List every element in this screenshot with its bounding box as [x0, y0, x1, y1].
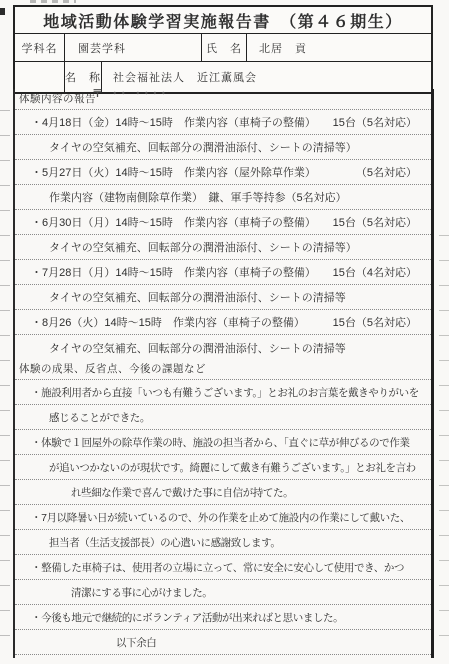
report-line: ・施設利用者から直接「いつも有難うございます。」とお礼のお言葉を戴きやりがいを: [15, 380, 431, 405]
header-row-organization: 名 称 社会福祉法人 近江薫風会: [15, 61, 431, 92]
report-line: 清潔にする事に心がけました。: [15, 580, 431, 605]
header-row-name: 学科名 園芸学科 氏 名 北居 貢: [15, 34, 431, 61]
report-line-text: ・今後も地元で継続的にボランティア活動が出来ればと思いました。: [31, 610, 343, 625]
report-line-count: 15台（5名対応）: [333, 214, 431, 230]
report-line: ・6月30日（月）14時～15時 作業内容（車椅子の整備）15台（5名対応）: [15, 210, 431, 235]
report-line-text: ・整備した車椅子は、使用者の立場に立って、常に安全に安心して使用でき、かつ: [31, 560, 404, 575]
report-line-count: 15台（4名対応）: [333, 264, 431, 280]
report-line-text: ・体験で１回屋外の除草作業の時、施設の担当者から、「直ぐに草が伸びるので作業: [31, 435, 410, 450]
report-header-table: 地域活動体験学習実施報告書 （第４６期生） 学科名 園芸学科 氏 名 北居 貢 …: [13, 5, 433, 94]
report-line-count: 15台（5名対応）: [333, 314, 431, 330]
report-line-text: ・8月26（火）14時～15時 作業内容（車椅子の整備）: [31, 314, 305, 330]
report-line-text: タイヤの空気補充、回転部分の潤滑油添付、シートの清掃等）: [49, 239, 357, 255]
report-line: タイヤの空気補充、回転部分の潤滑油添付、シートの清掃等: [15, 285, 431, 310]
report-line-text: タイヤの空気補充、回転部分の潤滑油添付、シートの清掃等）: [49, 139, 357, 155]
scanned-report-page: 地域活動体験学習実施報告書 （第４６期生） 学科名 園芸学科 氏 名 北居 貢 …: [0, 0, 449, 664]
report-line-text: 清潔にする事に心がけました。: [71, 585, 212, 600]
report-line: ・4月18日（金）14時～15時 作業内容（車椅子の整備）15台（5名対応）: [15, 110, 431, 135]
report-line: 担当者（生活支援部長）の心遣いに感謝致します。: [15, 530, 431, 555]
report-body: 体験内容の報告 ・4月18日（金）14時～15時 作業内容（車椅子の整備）15台…: [13, 89, 434, 658]
scan-artifact-dotted-margin: [439, 235, 449, 656]
report-line: ・整備した車椅子は、使用者の立場に立って、常に安全に安心して使用でき、かつ: [15, 555, 431, 580]
section1-heading: 体験内容の報告: [15, 89, 431, 110]
dept-label: 学科名: [15, 34, 65, 61]
empty-cell: [15, 62, 65, 92]
report-line-text: タイヤの空気補充、回転部分の潤滑油添付、シートの清掃等: [49, 340, 346, 356]
report-line-text: ・7月28日（月）14時～15時 作業内容（車椅子の整備）: [31, 264, 316, 280]
report-line-count: 15台（5名対応）: [333, 114, 431, 130]
report-line: タイヤの空気補充、回転部分の潤滑油添付、シートの清掃等）: [15, 235, 431, 260]
dept-value: 園芸学科: [65, 34, 202, 61]
report-line-text: ・7月以降暑い日が続いているので、外の作業を止めて施設内の作業にして戴いた、: [31, 510, 410, 525]
name-value: 北居 貢: [247, 34, 431, 61]
section2-heading: 体験の成果、反省点、今後の課題など: [15, 360, 431, 380]
report-line-count: （5名対応）: [356, 164, 431, 180]
report-line-text: ・施設利用者から直接「いつも有難うございます。」とお礼のお言葉を戴きやりがいを: [31, 385, 419, 400]
report-line-text: れ些細な作業で喜んで戴けた事に自信が持てた。: [71, 485, 293, 500]
report-line-text: ・6月30日（月）14時～15時 作業内容（車椅子の整備）: [31, 214, 316, 230]
report-line: れ些細な作業で喜んで戴けた事に自信が持てた。: [15, 480, 431, 505]
report-line: ・体験で１回屋外の除草作業の時、施設の担当者から、「直ぐに草が伸びるので作業: [15, 430, 431, 455]
report-line: ・7月以降暑い日が続いているので、外の作業を止めて施設内の作業にして戴いた、: [15, 505, 431, 530]
report-line: が追いつかないのが現状です。綺麗にして戴き有難うございます。」とお礼を言わ: [15, 455, 431, 480]
report-line: ・7月28日（月）14時～15時 作業内容（車椅子の整備）15台（4名対応）: [15, 260, 431, 285]
section1-rows: ・4月18日（金）14時～15時 作業内容（車椅子の整備）15台（5名対応）タイ…: [15, 110, 431, 360]
report-line-text: 以下余白: [116, 635, 156, 650]
report-line: ・5月27日（火）14時～15時 作業内容（屋外除草作業）（5名対応）: [15, 160, 431, 185]
report-line-text: 作業内容（建物南側除草作業） 鎌、軍手等持参（5名対応）: [49, 189, 347, 205]
report-line-text: ・5月27日（火）14時～15時 作業内容（屋外除草作業）: [31, 164, 316, 180]
report-line: タイヤの空気補充、回転部分の潤滑油添付、シートの清掃等）: [15, 135, 431, 160]
section2-rows: ・施設利用者から直接「いつも有難うございます。」とお礼のお言葉を戴きやりがいを感…: [15, 380, 431, 655]
scan-artifact-dotted-margin: [0, 110, 10, 656]
report-line: 作業内容（建物南側除草作業） 鎌、軍手等持参（5名対応）: [15, 185, 431, 210]
report-line: 以下余白: [15, 630, 431, 655]
page-title-text: 地域活動体験学習実施報告書 （第４６期生）: [43, 9, 403, 32]
page-title: 地域活動体験学習実施報告書 （第４６期生）: [15, 7, 431, 34]
name-label: 氏 名: [202, 34, 247, 61]
report-line-text: 担当者（生活支援部長）の心遣いに感謝致します。: [49, 535, 280, 550]
report-line: ・今後も地元で継続的にボランティア活動が出来ればと思いました。: [15, 605, 431, 630]
report-line-text: 感じることができた。: [49, 410, 150, 425]
report-line-text: タイヤの空気補充、回転部分の潤滑油添付、シートの清掃等: [49, 289, 346, 305]
report-line: ・8月26（火）14時～15時 作業内容（車椅子の整備）15台（5名対応）: [15, 310, 431, 335]
scan-artifact-mark: [0, 8, 5, 15]
report-line: タイヤの空気補充、回転部分の潤滑油添付、シートの清掃等: [15, 335, 431, 360]
report-line-text: が追いつかないのが現状です。綺麗にして戴き有難うございます。」とお礼を言わ: [49, 460, 416, 475]
scan-artifact-clipped-text: [30, 0, 76, 3]
report-line: 感じることができた。: [15, 405, 431, 430]
report-line-text: ・4月18日（金）14時～15時 作業内容（車椅子の整備）: [31, 114, 316, 130]
